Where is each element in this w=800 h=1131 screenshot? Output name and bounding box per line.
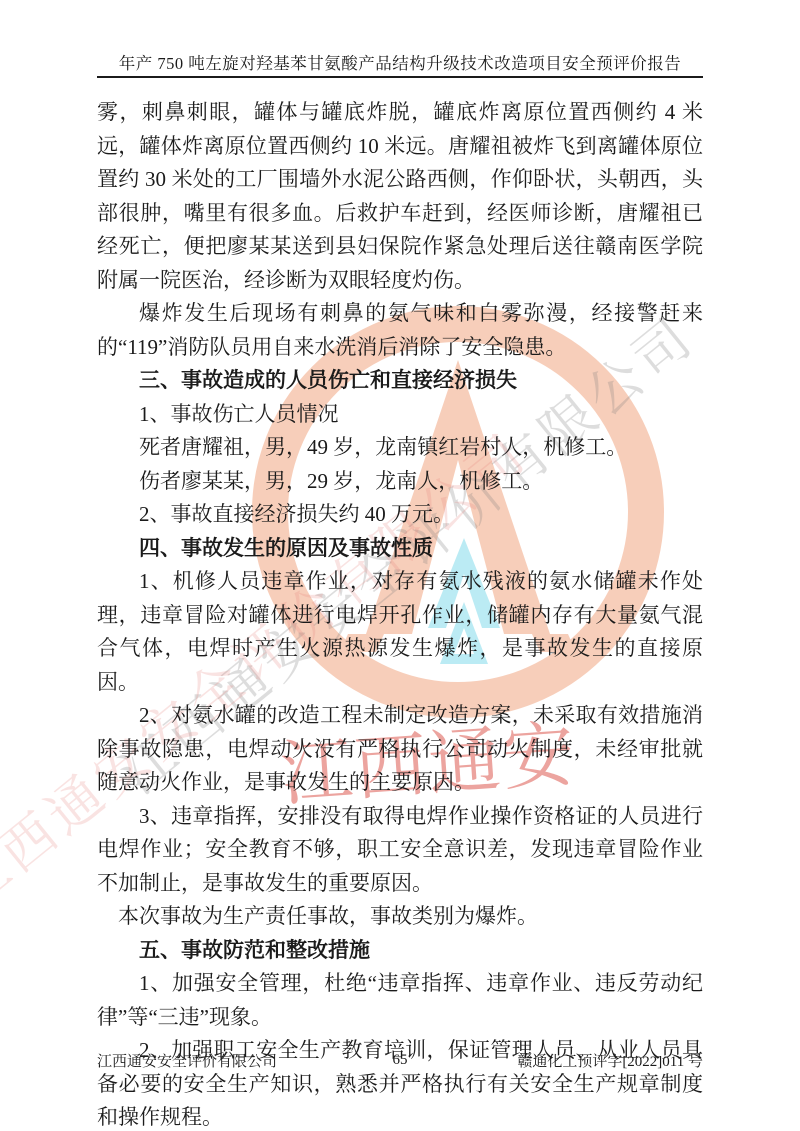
body-paragraph: 2、对氨水罐的改造工程未制定改造方案，未采取有效措施消除事故隐患，电焊动火没有严…: [97, 699, 703, 800]
footer-doc-number: 赣通化工预评字[2022]011 号: [517, 1050, 703, 1071]
section-heading: 三、事故造成的人员伤亡和直接经济损失: [97, 364, 703, 398]
body-paragraph: 本次事故为生产责任事故，事故类别为爆炸。: [97, 900, 703, 934]
page-footer: 65 江西通安安全评价有限公司 赣通化工预评字[2022]011 号: [97, 1050, 703, 1072]
body-paragraph: 雾，刺鼻刺眼，罐体与罐底炸脱，罐底炸离原位置西侧约 4 米远，罐体炸离原位置西侧…: [97, 96, 703, 297]
body-paragraph: 爆炸发生后现场有刺鼻的氨气味和白雾弥漫，经接警赶来的“119”消防队员用自来水洗…: [97, 297, 703, 364]
body-paragraph: 3、违章指挥，安排没有取得电焊作业操作资格证的人员进行电焊作业；安全教育不够，职…: [97, 800, 703, 901]
body-paragraph: 1、加强安全管理，杜绝“违章指挥、违章作业、违反劳动纪律”等“三违”现象。: [97, 967, 703, 1034]
body-paragraph: 2、加强职工安全生产教育培训，保证管理人员、从业人员具备必要的安全生产知识，熟悉…: [97, 1034, 703, 1131]
section-heading: 五、事故防范和整改措施: [97, 934, 703, 968]
header-divider: [97, 76, 703, 78]
body-paragraph: 伤者廖某某，男，29 岁，龙南人，机修工。: [97, 465, 703, 499]
document-body: 雾，刺鼻刺眼，罐体与罐底炸脱，罐底炸离原位置西侧约 4 米远，罐体炸离原位置西侧…: [97, 96, 703, 1131]
body-paragraph: 1、机修人员违章作业，对存有氨水残液的氨水储罐未作处理，违章冒险对罐体进行电焊开…: [97, 565, 703, 699]
page-header: 年产 750 吨左旋对羟基苯甘氨酸产品结构升级技术改造项目安全预评价报告: [97, 0, 703, 74]
body-paragraph: 1、事故伤亡人员情况: [97, 398, 703, 432]
body-paragraph: 2、事故直接经济损失约 40 万元。: [97, 498, 703, 532]
report-title: 年产 750 吨左旋对羟基苯甘氨酸产品结构升级技术改造项目安全预评价报告: [97, 50, 703, 74]
section-heading: 四、事故发生的原因及事故性质: [97, 532, 703, 566]
report-page: 江西通安安全评价有限公司 江西通安安全评价有限公司 江西通安 年产 750 吨左…: [0, 0, 800, 1131]
body-paragraph: 死者唐耀祖，男，49 岁，龙南镇红岩村人，机修工。: [97, 431, 703, 465]
footer-company: 江西通安安全评价有限公司: [97, 1050, 277, 1071]
